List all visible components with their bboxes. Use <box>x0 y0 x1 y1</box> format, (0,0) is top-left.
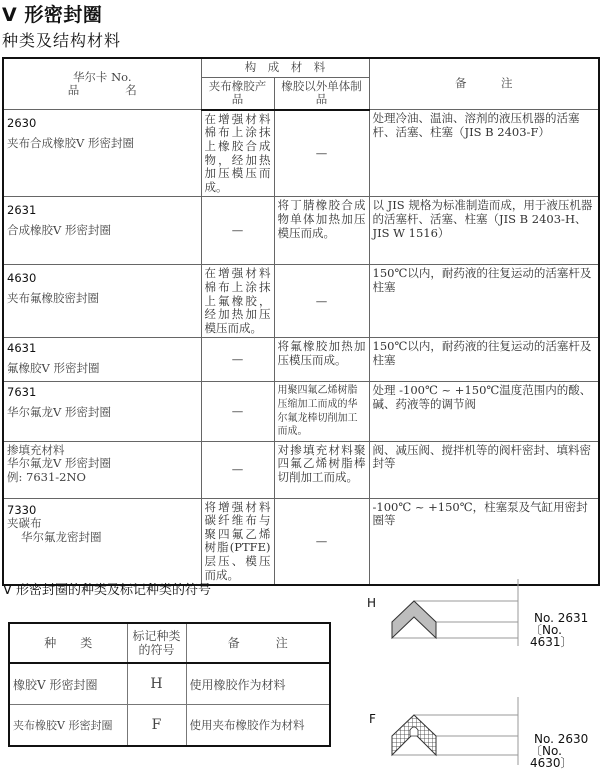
fabric-rubber-cell: 将增强材料碳纤维布与聚四氟乙烯树脂(PTFE)层压、模压而成。 <box>201 498 274 585</box>
header-type: 种 类 <box>9 623 127 663</box>
symbol-cell: F <box>127 705 186 747</box>
f-diagram-no-alt: 〔No. 4630〕 <box>530 745 600 769</box>
h-type-seal-icon <box>392 579 518 646</box>
product-name-line2: 华尔氟龙V 形密封圈 <box>7 457 198 471</box>
remarks-cell: 使用橡胶作为材料 <box>186 663 330 705</box>
product-example: 例: 7631-2NO <box>7 471 198 485</box>
product-no: 2631 <box>7 204 198 218</box>
header-no-name: 华尔卡 No. 品 名 <box>3 58 201 110</box>
table-row: 掺填充材料 华尔氟龙V 形密封圈 例: 7631-2NO — 对掺填充材料聚四氟… <box>3 441 599 498</box>
remarks-cell: 处理冷油、温油、溶剂的液压机器的活塞杆、活塞、柱塞（JIS B 2403-F） <box>369 110 599 197</box>
symbol-section-title: V 形密封圈的种类及标记种类的符号 <box>3 579 211 598</box>
symbol-cell: H <box>127 663 186 705</box>
remarks-cell: 150℃以内，耐药液的往复运动的活塞杆及柱塞 <box>369 265 599 338</box>
product-name-line1: 掺填充材料 <box>7 444 198 458</box>
fabric-rubber-cell: 在增强材料棉布上涂抹上氟橡胶，经加热加压模压而成。 <box>201 265 274 338</box>
header-materials: 构 成 材 料 <box>201 58 369 77</box>
product-no: 4630 <box>7 272 198 286</box>
non-rubber-cell: 将氟橡胶加热加压模压而成。 <box>274 338 369 382</box>
fabric-rubber-cell: 在增强材料棉布上涂抹上橡胶合成物，经加热加压模压而成。 <box>201 110 274 197</box>
table-row: 7631华尔氟龙V 形密封圈 — 用聚四氟乙烯树脂压缩加工而成的华尔氟龙棒切削加… <box>3 382 599 441</box>
non-rubber-cell: 对掺填充材料聚四氟乙烯树脂棒切削加工而成。 <box>274 441 369 498</box>
non-rubber-cell: — <box>274 110 369 197</box>
header-remarks: 备 注 <box>186 623 330 663</box>
fabric-rubber-cell: — <box>201 441 274 498</box>
non-rubber-cell: — <box>274 498 369 585</box>
fabric-rubber-cell: — <box>201 382 274 441</box>
remarks-cell: 阀、减压阀、搅拌机等的阀杆密封、填料密封等 <box>369 441 599 498</box>
product-no: 7330 <box>7 504 198 518</box>
fabric-rubber-cell: — <box>201 197 274 265</box>
header-symbol-line1: 标记种类 <box>131 629 183 643</box>
h-diagram-label: H <box>367 596 376 610</box>
product-name: 氟橡胶V 形密封圈 <box>7 362 198 376</box>
non-rubber-cell: 用聚四氟乙烯树脂压缩加工而成的华尔氟龙棒切削加工而成。 <box>274 382 369 441</box>
remarks-cell: 150℃以内，耐药液的往复运动的活塞杆及柱塞 <box>369 338 599 382</box>
table-row: 4630夹布氟橡胶密封圈 在增强材料棉布上涂抹上氟橡胶，经加热加压模压而成。 —… <box>3 265 599 338</box>
header-fabric-rubber: 夹布橡胶产品 <box>201 77 274 110</box>
table-row: 2631合成橡胶V 形密封圈 — 将丁腈橡胶合成物单体加热加压模压而成。 以 J… <box>3 197 599 265</box>
header-symbol-line2: 的符号 <box>131 643 183 657</box>
non-rubber-cell: 将丁腈橡胶合成物单体加热加压模压而成。 <box>274 197 369 265</box>
remarks-cell: 使用夹布橡胶作为材料 <box>186 705 330 747</box>
vseal-cross-section-diagrams: H No. 2631 〔No. 4631〕 F No. 2630 〔No. 46… <box>360 570 600 769</box>
page-title: V 形密封圈 <box>2 0 102 27</box>
types-materials-table: 华尔卡 No. 品 名 构 成 材 料 备 注 夹布橡胶产品 橡胶以外单体制品 … <box>2 57 600 586</box>
table-row: 橡胶V 形密封圈 H 使用橡胶作为材料 <box>9 663 330 705</box>
remarks-cell: 以 JIS 规格为标准制造而成，用于液压机器的活塞杆、活塞、柱塞（JIS B 2… <box>369 197 599 265</box>
remarks-cell: 处理 -100℃ ~ +150℃温度范围内的酸、碱、药液等的调节阀 <box>369 382 599 441</box>
product-name: 夹布氟橡胶密封圈 <box>7 292 198 306</box>
f-diagram-label: F <box>369 712 376 726</box>
product-no: 4631 <box>7 342 198 356</box>
product-no: 7631 <box>7 386 198 400</box>
header-name: 品 名 <box>7 84 198 98</box>
table-row: 夹布橡胶V 形密封圈 F 使用夹布橡胶作为材料 <box>9 705 330 747</box>
symbol-table: 种 类 标记种类 的符号 备 注 橡胶V 形密封圈 H 使用橡胶作为材料 夹布橡… <box>8 622 331 747</box>
product-name: 华尔氟龙V 形密封圈 <box>7 406 198 420</box>
page-subtitle: 种类及结构材料 <box>2 28 121 51</box>
type-cell: 夹布橡胶V 形密封圈 <box>9 705 127 747</box>
table-row: 4631氟橡胶V 形密封圈 — 将氟橡胶加热加压模压而成。 150℃以内，耐药液… <box>3 338 599 382</box>
h-diagram-no-alt: 〔No. 4631〕 <box>530 624 600 648</box>
product-name-line2: 华尔氟龙密封圈 <box>7 531 198 545</box>
product-name-line1: 夹碳布 <box>7 517 198 531</box>
header-symbol: 标记种类 的符号 <box>127 623 186 663</box>
fabric-rubber-cell: — <box>201 338 274 382</box>
header-no: 华尔卡 No. <box>7 71 198 85</box>
type-cell: 橡胶V 形密封圈 <box>9 663 127 705</box>
product-name: 夹布合成橡胶V 形密封圈 <box>7 137 198 151</box>
product-name: 合成橡胶V 形密封圈 <box>7 224 198 238</box>
product-no: 2630 <box>7 117 198 131</box>
header-non-rubber: 橡胶以外单体制品 <box>274 77 369 110</box>
non-rubber-cell: — <box>274 265 369 338</box>
f-type-seal-icon <box>392 697 518 765</box>
header-remarks: 备 注 <box>369 58 599 110</box>
table-row: 2630夹布合成橡胶V 形密封圈 在增强材料棉布上涂抹上橡胶合成物，经加热加压模… <box>3 110 599 197</box>
